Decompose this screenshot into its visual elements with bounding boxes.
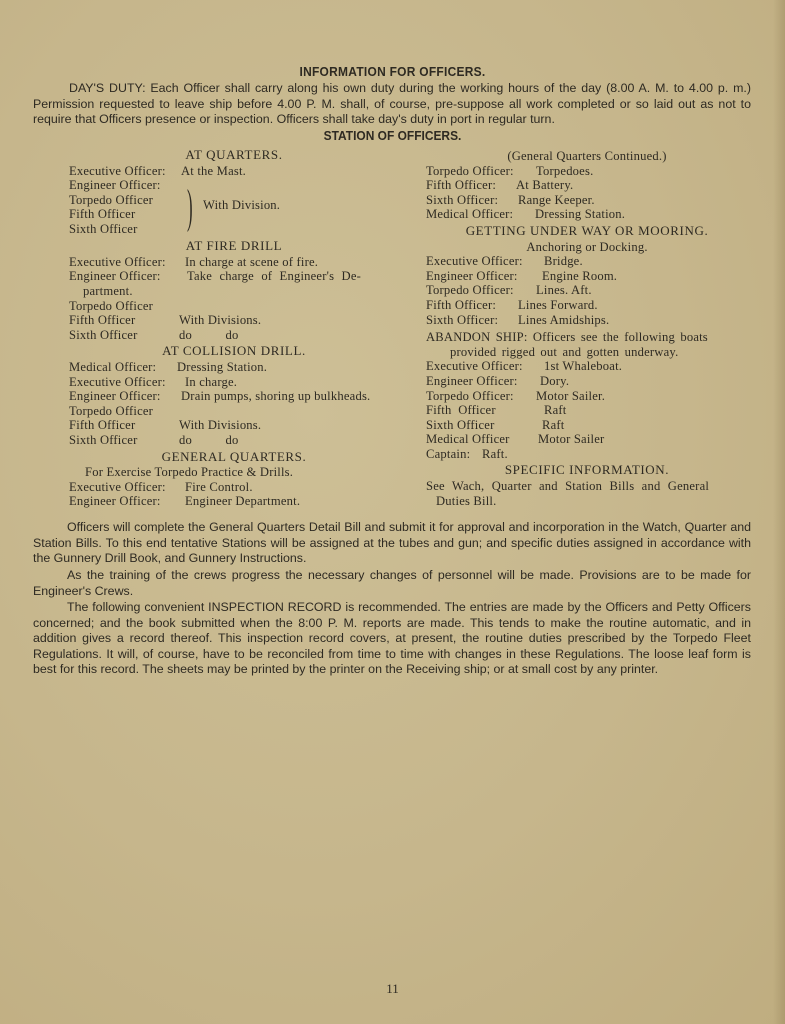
days-duty-paragraph: DAY'S DUTY: Each Officer shall carry alo… — [33, 81, 751, 128]
specific-info-text-cont: Duties Bill. — [426, 494, 748, 509]
document-page: INFORMATION FOR OFFICERS. DAY'S DUTY: Ea… — [0, 0, 785, 1024]
left-column: AT QUARTERS. Executive Officer: At the M… — [69, 146, 399, 509]
station-row: Torpedo Officer:Torpedoes. — [426, 164, 748, 179]
right-column: (General Quarters Continued.) Torpedo Of… — [426, 149, 748, 508]
station-row: partment. — [69, 284, 399, 299]
page-number: 11 — [0, 981, 785, 997]
station-row: Torpedo Officer:Lines. Aft. — [426, 283, 748, 298]
station-row: Engineer Officer:Engine Room. — [426, 269, 748, 284]
station-row: Fifth OfficerRaft — [426, 403, 748, 418]
training-paragraph: As the training of the crews progress th… — [33, 568, 751, 599]
station-row: Sixth Officerdo do — [69, 433, 399, 448]
station-row: Executive Officer:Fire Control. — [69, 480, 399, 495]
under-way-subheading: Anchoring or Docking. — [426, 240, 748, 255]
station-row: Sixth Officer:Lines Amidships. — [426, 313, 748, 328]
general-quarters-bill-paragraph: Officers will complete the General Quart… — [33, 520, 751, 567]
station-row: Captain:Raft. — [426, 447, 748, 462]
abandon-ship-intro: ABANDON SHIP: Officers see the following… — [426, 330, 748, 345]
with-division-group: Engineer Officer: Torpedo Officer Fifth … — [69, 178, 399, 237]
station-row: Torpedo Officer — [69, 299, 399, 314]
station-row: Engineer Officer:Dory. — [426, 374, 748, 389]
specific-info-heading: SPECIFIC INFORMATION. — [426, 463, 748, 478]
abandon-ship-intro-cont: provided rigged out and gotten underway. — [426, 345, 748, 360]
station-row: Sixth Officerdo do — [69, 328, 399, 343]
brace-icon: ) — [187, 180, 193, 234]
station-row: Engineer Officer:Take charge of Engineer… — [69, 269, 399, 284]
station-row: Engineer Officer:Engineer Department. — [69, 494, 399, 509]
page-edge-shadow — [773, 0, 785, 1024]
collision-drill-heading: AT COLLISION DRILL. — [69, 344, 399, 359]
specific-info-text: See Wach, Quarter and Station Bills and … — [426, 479, 748, 494]
inspection-record-paragraph: The following convenient INSPECTION RECO… — [33, 600, 751, 678]
page-title: INFORMATION FOR OFFICERS. — [31, 64, 753, 79]
station-row: Executive Officer:Bridge. — [426, 254, 748, 269]
station-row: Torpedo Officer:Motor Sailer. — [426, 389, 748, 404]
station-row: Executive Officer:In charge at scene of … — [69, 255, 399, 270]
station-row: Torpedo Officer — [69, 404, 399, 419]
station-row: Medical OfficerMotor Sailer — [426, 432, 748, 447]
station-row: Fifth OfficerWith Divisions. — [69, 418, 399, 433]
station-row: Sixth OfficerRaft — [426, 418, 748, 433]
station-row: Medical Officer:Dressing Station. — [69, 360, 399, 375]
station-row: Fifth Officer:Lines Forward. — [426, 298, 748, 313]
fire-drill-heading: AT FIRE DRILL — [69, 239, 399, 254]
station-heading: STATION OF OFFICERS. — [31, 128, 753, 143]
station-row: Executive Officer:1st Whaleboat. — [426, 359, 748, 374]
station-row: Executive Officer: At the Mast. — [69, 164, 399, 179]
general-quarters-heading: GENERAL QUARTERS. — [69, 450, 399, 465]
station-row: Fifth OfficerWith Divisions. — [69, 313, 399, 328]
general-quarters-subheading: For Exercise Torpedo Practice & Drills. — [69, 465, 399, 480]
station-row: Fifth Officer:At Battery. — [426, 178, 748, 193]
gq-continued-heading: (General Quarters Continued.) — [426, 149, 748, 164]
under-way-heading: GETTING UNDER WAY OR MOORING. — [426, 224, 748, 239]
station-row: Medical Officer:Dressing Station. — [426, 207, 748, 222]
station-row: Executive Officer:In charge. — [69, 375, 399, 390]
at-quarters-heading: AT QUARTERS. — [69, 148, 399, 163]
station-row: Engineer Officer:Drain pumps, shoring up… — [69, 389, 399, 404]
station-row: Sixth Officer:Range Keeper. — [426, 193, 748, 208]
